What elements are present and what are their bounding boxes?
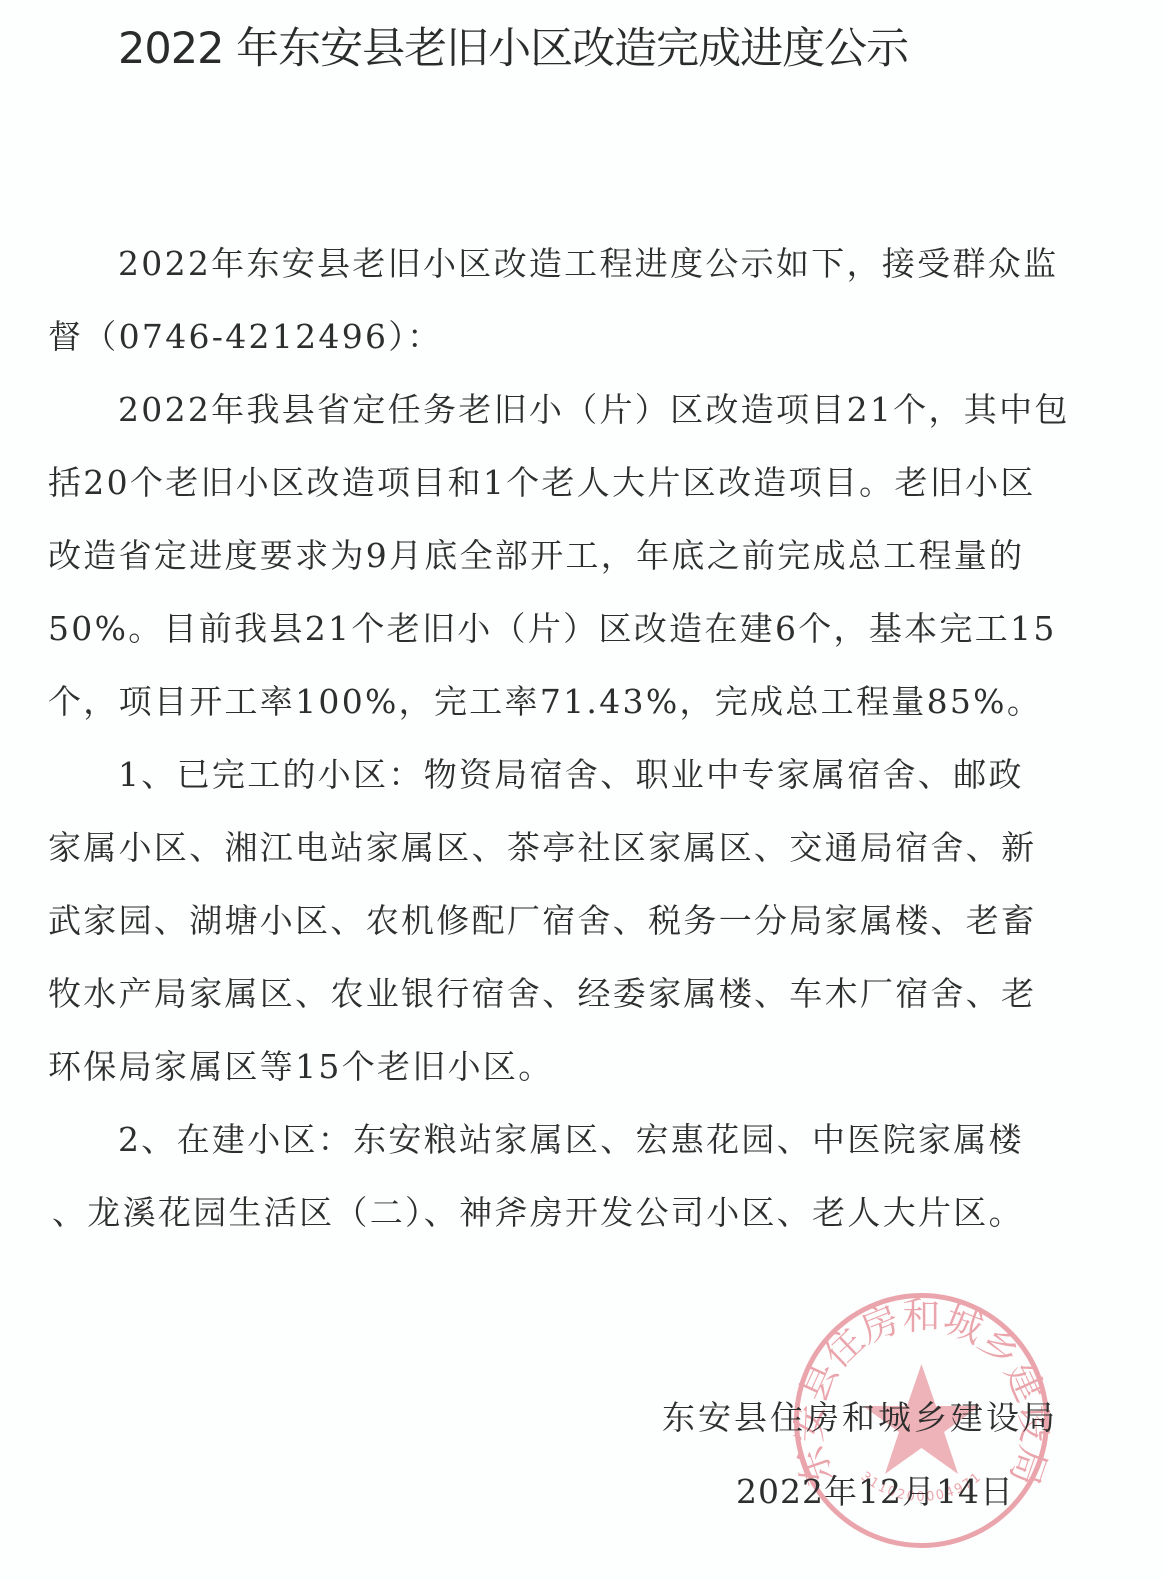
document-page: 2022 年东安县老旧小区改造完成进度公示 2022年东安县老旧小区改造工程进度… [0, 0, 1165, 1580]
paragraph-2-line-4: 50%。目前我县21个老旧小（片）区改造在建6个，基本完工15 [48, 609, 1057, 649]
completed-list-line-2: 家属小区、湘江电站家属区、茶亭社区家属区、交通局宿舍、新 [48, 828, 1036, 868]
paragraph-2-line-3: 改造省定进度要求为9月底全部开工，年底之前完成总工程量的 [48, 536, 1024, 576]
completed-list-line-4: 牧水产局家属区、农业银行宿舍、经委家属楼、车木厂宿舍、老 [48, 974, 1036, 1014]
page-title: 2022 年东安县老旧小区改造完成进度公示 [118, 20, 998, 78]
paragraph-1-line-1: 2022年东安县老旧小区改造工程进度公示如下，接受群众监 [118, 244, 1058, 284]
paragraph-2-line-1: 2022年我县省定任务老旧小（片）区改造项目21个，其中包 [118, 390, 1070, 430]
paragraph-2-line-2: 括20个老旧小区改造项目和1个老人大片区改造项目。老旧小区 [48, 463, 1036, 503]
paragraph-2-line-5: 个，项目开工率100%，完工率71.43%，完成总工程量85%。 [48, 682, 1042, 722]
in-progress-list-line-2: 、龙溪花园生活区（二）、神斧房开发公司小区、老人大片区。 [52, 1193, 1024, 1233]
completed-list-line-3: 武家园、湖塘小区、农机修配厂宿舍、税务一分局家属楼、老畜 [48, 901, 1036, 941]
in-progress-list-line-1: 2、在建小区：东安粮站家属区、宏惠花园、中医院家属楼 [118, 1120, 1024, 1160]
completed-list-line-5: 环保局家属区等15个老旧小区。 [48, 1047, 554, 1087]
issuing-organization: 东安县住房和城乡建设局 [662, 1392, 1058, 1439]
issue-date: 2022年12月14日 [736, 1466, 1014, 1513]
completed-list-line-1: 1、已完工的小区：物资局宿舍、职业中专家属宿舍、邮政 [118, 755, 1024, 795]
paragraph-1-line-2: 督（0746-4212496）： [48, 317, 442, 357]
